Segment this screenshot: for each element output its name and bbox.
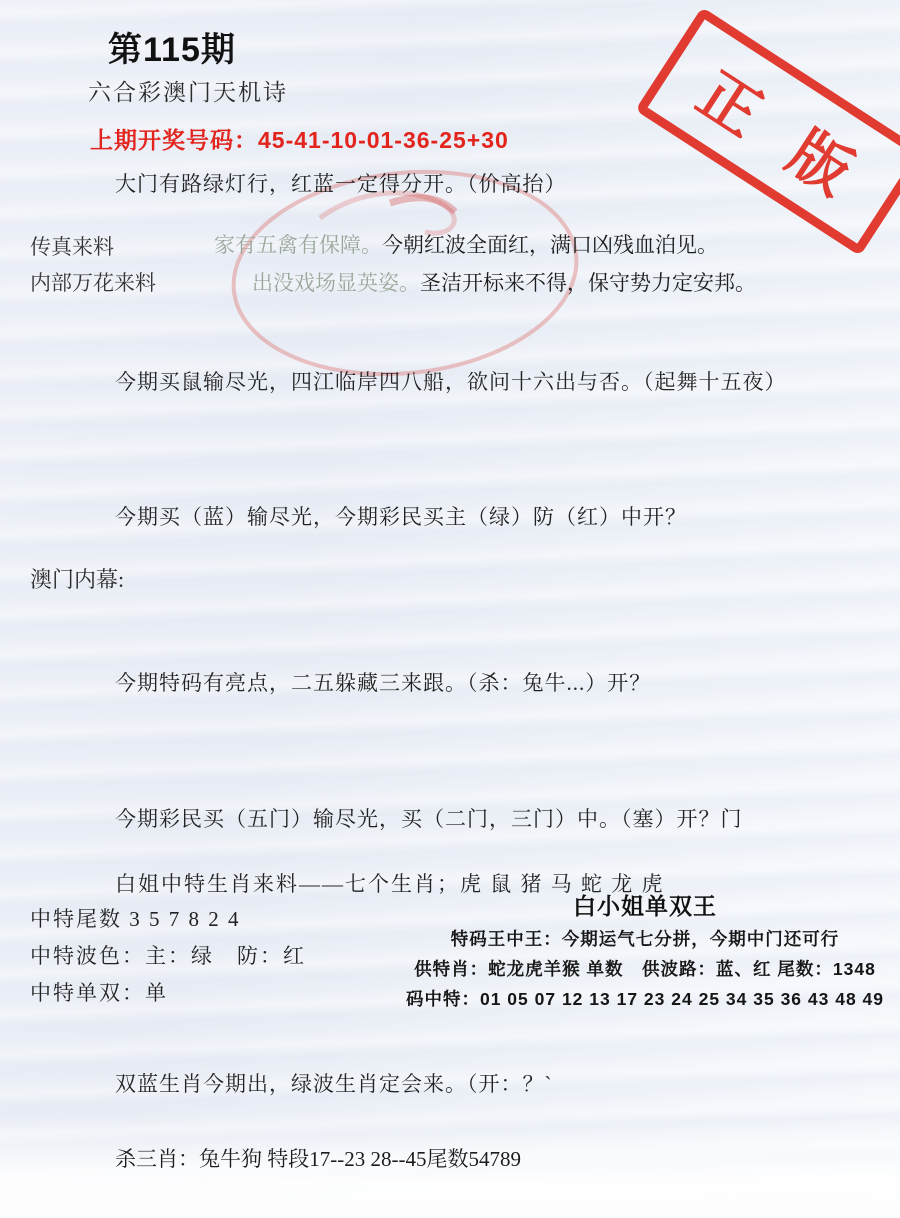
poem-line-2: 今期买鼠输尽光，四江临岸四八船，欲问十六出与否。（起舞十五夜） <box>115 366 787 396</box>
last-draw-numbers: 上期开奖号码：45-41-10-01-36-25+30 <box>90 122 509 155</box>
authentic-stamp-label: 正版 <box>650 26 900 238</box>
fax-rest-clause: 今朝红波全面红，满口凶残血泊见。 <box>382 233 718 257</box>
stat-wave-color: 中特波色：主：绿 防：红 <box>30 940 306 970</box>
stat-tails: 中特尾数 3 5 7 8 2 4 <box>30 903 241 933</box>
miss-bai-line-2: 供特肖：蛇龙虎羊猴 单数 供波路：蓝、红 尾数：1348 <box>398 956 892 981</box>
miss-bai-box: 白小姐单双王 特码王中王：今期运气七分拼，今期中门还可行 供特肖：蛇龙虎羊猴 单… <box>398 888 892 1011</box>
macau-insider-label: 澳门内幕: <box>30 563 124 594</box>
page-subtitle: 六合彩澳门天机诗 <box>88 74 288 107</box>
miss-bai-title: 白小姐单双王 <box>398 888 892 921</box>
tip-sheet-page: 第115期 六合彩澳门天机诗 上期开奖号码：45-41-10-01-36-25+… <box>0 0 900 1218</box>
internal-source-label: 内部万花来料 <box>30 267 156 297</box>
kill-three-zodiac-line: 杀三肖：兔牛狗 特段17--23 28--45尾数54789 <box>115 1143 521 1173</box>
poem-line-6: 双蓝生肖今期出，绿波生肖定会来。（开：？` <box>115 1068 553 1098</box>
authentic-stamp: 正版 <box>635 7 900 256</box>
poem-line-1: 大门有路绿灯行，红蓝一定得分开。（价高抬） <box>115 168 567 198</box>
poem-line-3: 今期买（蓝）输尽光，今期彩民买主（绿）防（红）中开？ <box>115 501 687 531</box>
internal-content-line: 出没戏场显英姿。圣洁开标来不得，保守势力定安邦。 <box>252 267 756 297</box>
fax-content-line: 家有五禽有保障。今朝红波全面红，满口凶残血泊见。 <box>214 229 718 259</box>
fax-faded-clause: 家有五禽有保障。 <box>214 233 382 257</box>
miss-bai-line-3: 码中特：01 05 07 12 13 17 23 24 25 34 35 36 … <box>398 986 892 1011</box>
internal-faded-clause: 出没戏场显英姿。 <box>252 271 420 295</box>
miss-bai-line-1: 特码王中王：今期运气七分拼，今期中门还可行 <box>398 926 892 951</box>
poem-line-4: 今期特码有亮点，二五躲藏三来跟。（杀：兔牛...）开？ <box>115 667 651 697</box>
poem-line-5: 今期彩民买（五门）输尽光，买（二门，三门）中。（塞）开？门 <box>115 803 743 833</box>
internal-rest-clause: 圣洁开标来不得，保守势力定安邦。 <box>420 271 756 295</box>
fax-source-label: 传真来料 <box>30 231 114 261</box>
issue-title: 第115期 <box>108 22 236 71</box>
stat-odd-even: 中特单双：单 <box>30 977 168 1007</box>
